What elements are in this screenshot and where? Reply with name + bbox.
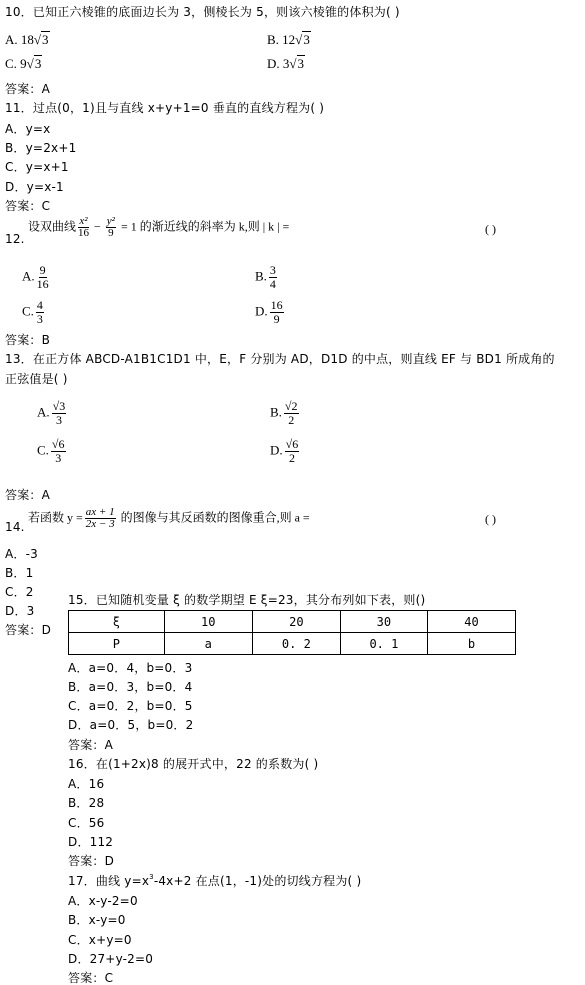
q13-option-a-fraction: √33	[52, 400, 67, 427]
q16-option-a: A．16	[68, 775, 104, 792]
q12-number: 12.	[5, 232, 25, 246]
q10-option-b-label: B.	[267, 32, 279, 47]
q12-fraction-y: y²9	[106, 216, 116, 239]
q15-option-d: D．a=0．5，b=0．2	[68, 716, 193, 733]
q16-option-d: D．112	[68, 833, 113, 850]
q12-option-c-label: C.	[22, 303, 34, 318]
distribution-table: ξ 10 20 30 40 P a 0. 2 0. 1 b	[68, 610, 516, 655]
q17-stem-suffix: -4x+2 在点(1，-1)处的切线方程为( )	[154, 874, 362, 888]
q12-option-a-fraction: 916	[37, 264, 49, 291]
table-cell: a	[164, 633, 252, 655]
table-cell: P	[69, 633, 165, 655]
q13-option-d: D.√62	[270, 438, 301, 465]
q10-option-c-label: C.	[5, 56, 17, 71]
q12-option-b: B.34	[255, 264, 279, 291]
q13-option-c-label: C.	[37, 442, 49, 457]
q12-option-c-fraction: 43	[36, 299, 44, 326]
q10-option-d-label: D.	[267, 56, 280, 71]
q17-stem: 17．曲线 y=x3-4x+2 在点(1，-1)处的切线方程为( )	[68, 872, 361, 889]
q10-option-a-label: A.	[5, 32, 18, 47]
table-cell: b	[427, 633, 515, 655]
q14-number: 14.	[5, 520, 25, 534]
q12-option-d: D.169	[255, 299, 286, 326]
q10-option-c: C. 9√3	[5, 56, 42, 72]
q16-stem: 16．在(1+2x)8 的展开式中，22 的系数为( )	[68, 755, 318, 772]
q12-stem-prefix: 设双曲线	[28, 219, 76, 233]
q15-option-b: B．a=0．3，b=0．4	[68, 678, 192, 695]
table-cell: 10	[164, 611, 252, 633]
q12-paren: ( )	[485, 222, 496, 237]
q14-stem: 若函数 y =ax + 12x − 3 的图像与其反函数的图像重合,则 a =	[28, 507, 310, 530]
q12-option-b-fraction: 34	[269, 264, 277, 291]
q17-option-a: A．x-y-2=0	[68, 892, 138, 909]
q10-option-a-coef: 18	[21, 32, 34, 47]
q15-option-c: C．a=0．2，b=0．5	[68, 697, 193, 714]
q14-stem-suffix: 的图像与其反函数的图像重合,则 a =	[121, 510, 310, 524]
q12-option-b-label: B.	[255, 268, 267, 283]
minus-sign: −	[94, 219, 101, 233]
q14-answer: 答案：D	[5, 621, 51, 638]
table-row: ξ 10 20 30 40	[69, 611, 516, 633]
q11-option-d: D．y=x-1	[5, 178, 64, 195]
q14-option-d: D．3	[5, 602, 34, 619]
q17-stem-prefix: 17．曲线 y=x	[68, 874, 149, 888]
q12-stem-suffix: = 1 的渐近线的斜率为 k,则 | k | =	[121, 219, 289, 233]
q15-option-a: A．a=0．4，b=0．3	[68, 659, 192, 676]
q16-answer: 答案：D	[68, 852, 114, 869]
table-cell: ξ	[69, 611, 165, 633]
q13-option-b: B.√22	[270, 400, 301, 427]
q12-fraction-x: x²16	[78, 216, 89, 239]
q10-option-b: B. 12√3	[267, 32, 311, 48]
q13-option-d-label: D.	[270, 442, 283, 457]
q12-option-d-fraction: 169	[270, 299, 284, 326]
q13-option-a-label: A.	[37, 404, 50, 419]
q11-stem: 11．过点(0，1)且与直线 x+y+1=0 垂直的直线方程为( )	[5, 99, 324, 116]
q11-answer: 答案：C	[5, 197, 50, 214]
table-cell: 0. 1	[340, 633, 427, 655]
q14-stem-prefix: 若函数 y =	[28, 510, 83, 524]
q10-option-a: A. 18√3	[5, 32, 50, 48]
q12-option-c: C.43	[22, 299, 46, 326]
q15-stem: 15．已知随机变量 ξ 的数学期望 E ξ=23，其分布列如下表，则()	[68, 591, 425, 608]
sqrt-icon: √3	[34, 31, 50, 47]
q10-answer: 答案：A	[5, 80, 50, 97]
q12-option-a: A.916	[22, 264, 51, 291]
table-cell: 20	[252, 611, 340, 633]
table-cell: 0. 2	[252, 633, 340, 655]
q17-option-b: B．x-y=0	[68, 911, 126, 928]
q14-paren: ( )	[485, 512, 496, 527]
q13-option-d-fraction: √62	[285, 438, 300, 465]
sqrt-icon: √3	[289, 55, 305, 71]
q13-option-c-fraction: √63	[51, 438, 66, 465]
q14-fraction: ax + 12x − 3	[85, 507, 116, 530]
q17-option-c: C．x+y=0	[68, 931, 132, 948]
q11-option-a: A．y=x	[5, 120, 50, 137]
table-row: P a 0. 2 0. 1 b	[69, 633, 516, 655]
q12-option-d-label: D.	[255, 303, 268, 318]
q13-stem-line2: 正弦值是( )	[5, 370, 68, 387]
q10-option-b-coef: 12	[282, 32, 295, 47]
q12-stem: 设双曲线x²16 − y²9 = 1 的渐近线的斜率为 k,则 | k | =	[28, 216, 289, 239]
q13-answer: 答案：A	[5, 486, 50, 503]
q10-stem: 10．已知正六棱锥的底面边长为 3，侧棱长为 5，则该六棱锥的体积为( )	[5, 3, 400, 20]
table-cell: 40	[427, 611, 515, 633]
q10-option-d: D. 3√3	[267, 56, 305, 72]
q12-option-a-label: A.	[22, 268, 35, 283]
q15-answer: 答案：A	[68, 736, 113, 753]
q13-option-b-fraction: √22	[284, 400, 299, 427]
q16-option-b: B．28	[68, 794, 104, 811]
q11-option-c: C．y=x+1	[5, 158, 69, 175]
q12-answer: 答案：B	[5, 331, 50, 348]
q16-option-c: C．56	[68, 814, 104, 831]
q13-option-b-label: B.	[270, 404, 282, 419]
q13-option-c: C.√63	[37, 438, 68, 465]
q17-answer: 答案：C	[68, 969, 113, 985]
q13-stem-line1: 13．在正方体 ABCD-A1B1C1D1 中，E，F 分别为 AD，D1D 的…	[5, 350, 555, 367]
q17-option-d: D．27+y-2=0	[68, 950, 153, 967]
q13-option-a: A.√33	[37, 400, 68, 427]
q14-option-c: C．2	[5, 583, 34, 600]
q14-option-b: B．1	[5, 564, 33, 581]
table-cell: 30	[340, 611, 427, 633]
sqrt-icon: √3	[295, 31, 311, 47]
q14-option-a: A．-3	[5, 545, 38, 562]
sqrt-icon: √3	[27, 55, 43, 71]
q11-option-b: B．y=2x+1	[5, 139, 76, 156]
